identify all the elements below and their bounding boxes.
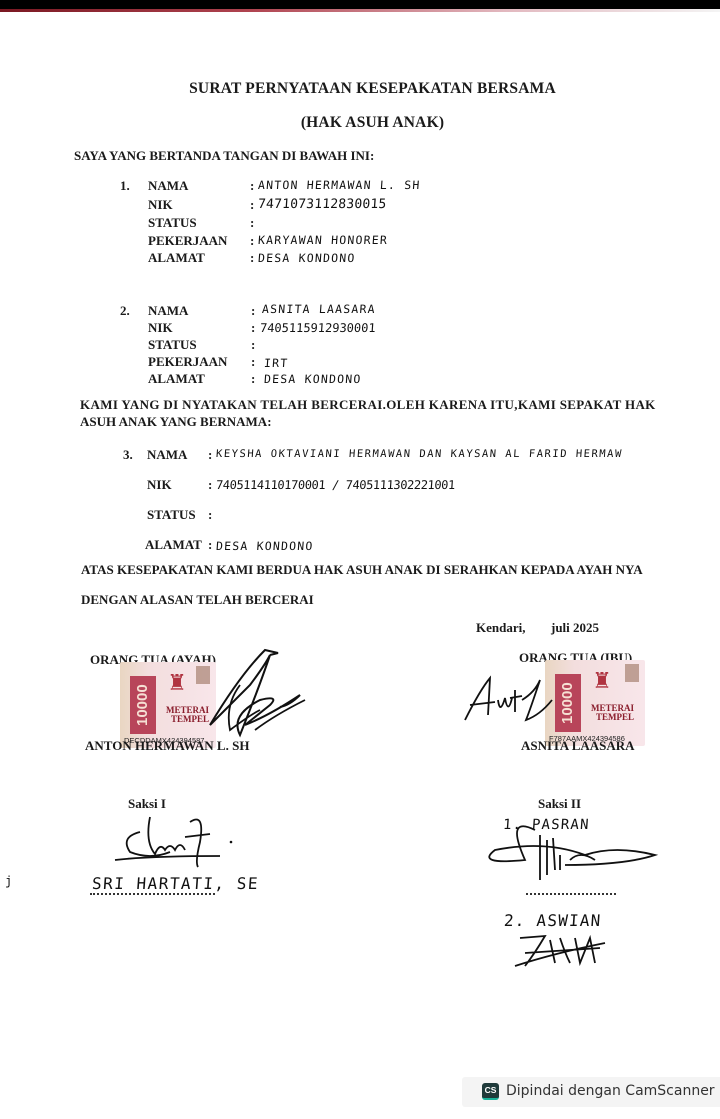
garuda-emblem-icon: ♜ [589,666,615,696]
witness-1-name: SRI HARTATI, SE [91,874,259,893]
child-name: KEYSHA OKTAVIANI HERMAWAN DAN KAYSAN AL … [216,448,624,460]
label-status: STATUS [148,215,197,231]
date: juli 2025 [551,620,599,636]
label-nama: NAMA [148,303,188,319]
child-number: 3. [123,447,133,463]
document-title: SURAT PERNYATAAN KESEPAKATAN BERSAMA [0,80,720,98]
witness-1-heading: Saksi I [128,796,166,812]
party-2-name: ASNITA LAASARA [262,302,377,316]
father-signature-icon [170,645,320,745]
camscanner-icon: CS [482,1083,499,1100]
label-nama: NAMA [147,447,187,463]
child-nik: 7405114110170001 / 7405111302221001 [216,478,456,492]
statement-line-2: ASUH ANAK YANG BERNAMA: [80,414,272,430]
label-nik: NIK [148,197,173,213]
stamp-label: TEMPEL [596,712,634,722]
scan-top-edge [0,0,720,9]
watermark-text: Dipindai dengan CamScanner [506,1083,715,1099]
party-2-pekerjaan: IRT [264,356,289,370]
label-alamat: ALAMAT [145,537,202,553]
party-2-nik: 7405115912930001 [260,321,377,335]
party-1-nik: 7471073112830015 [257,197,386,212]
mother-name: ASNITA LAASARA [521,738,635,754]
signature-line [90,893,215,895]
agreement-line-1: ATAS KESEPAKATAN KAMI BERDUA HAK ASUH AN… [81,562,643,578]
label-pekerjaan: PEKERJAAN [148,354,227,370]
party-1-name: ANTON HERMAWAN L. SH [258,178,421,192]
signature-line [526,893,616,895]
witness-2-heading: Saksi II [538,796,581,812]
camscanner-watermark: CS Dipindai dengan CamScanner [462,1077,720,1107]
place: Kendari, [476,620,525,636]
label-status: STATUS [148,337,197,353]
scan-border-strip [0,9,720,12]
party-2-alamat: DESA KONDONO [264,372,362,386]
agreement-line-2: DENGAN ALASAN TELAH BERCERAI [81,592,314,608]
scan-artifact: j [5,874,12,888]
party-1-pekerjaan: KARYAWAN HONORER [258,233,389,247]
witness-2-signature-icon [485,820,665,885]
label-pekerjaan: PEKERJAAN [148,233,227,249]
witness-1-signature-icon [110,812,250,867]
child-alamat: DESA KONDONO [216,539,314,553]
intro-text: SAYA YANG BERTANDA TANGAN DI BAWAH INI: [74,148,374,164]
party-1-alamat: DESA KONDONO [258,251,356,265]
label-nama: NAMA [148,178,188,194]
label-nik: NIK [148,320,173,336]
label-alamat: ALAMAT [148,250,205,266]
document-subtitle: (HAK ASUH ANAK) [0,114,720,132]
stamp-hologram-icon [625,664,639,682]
label-alamat: ALAMAT [148,371,205,387]
father-name: ANTON HERMAWAN L. SH [85,738,249,754]
statement-line-1: KAMI YANG DI NYATAKAN TELAH BERCERAI.OLE… [80,397,656,413]
stamp-value: 10000 [130,676,156,734]
label-nik: NIK [147,477,172,493]
party-number: 1. [120,178,130,194]
label-status: STATUS [147,507,196,523]
witness-3-signature-icon [505,928,615,973]
mother-signature-icon [460,670,570,740]
party-number: 2. [120,303,130,319]
